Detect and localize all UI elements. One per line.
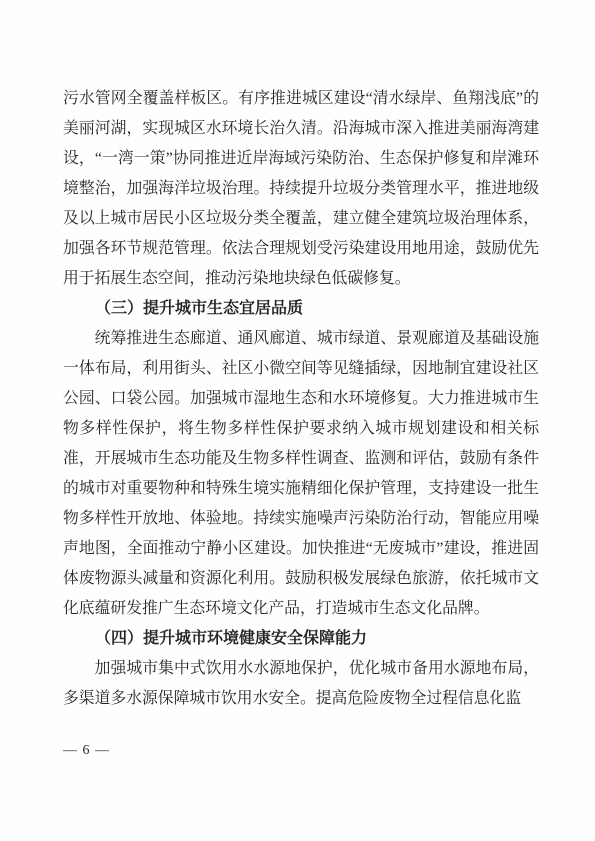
paragraph-continuation: 污水管网全覆盖样板区。有序推进城区建设“清水绿岸、鱼翔浅底”的美丽河湖，实现城区… xyxy=(63,84,539,294)
page-content: 污水管网全覆盖样板区。有序推进城区建设“清水绿岸、鱼翔浅底”的美丽河湖，实现城区… xyxy=(63,84,539,714)
page-footer: — 6 — xyxy=(63,742,110,760)
document-page: 污水管网全覆盖样板区。有序推进城区建设“清水绿岸、鱼翔浅底”的美丽河湖，实现城区… xyxy=(0,0,595,841)
section-heading-4: （四）提升城市环境健康安全保障能力 xyxy=(63,624,539,654)
section-4-paragraph: 加强城市集中式饮用水水源地保护，优化城市备用水源地布局，多渠道多水源保障城市饮用… xyxy=(63,654,539,714)
section-3-paragraph: 统筹推进生态廊道、通风廊道、城市绿道、景观廊道及基础设施一体布局，利用街头、社区… xyxy=(63,324,539,624)
page-number: — 6 — xyxy=(63,743,110,758)
section-heading-3: （三）提升城市生态宜居品质 xyxy=(63,294,539,324)
